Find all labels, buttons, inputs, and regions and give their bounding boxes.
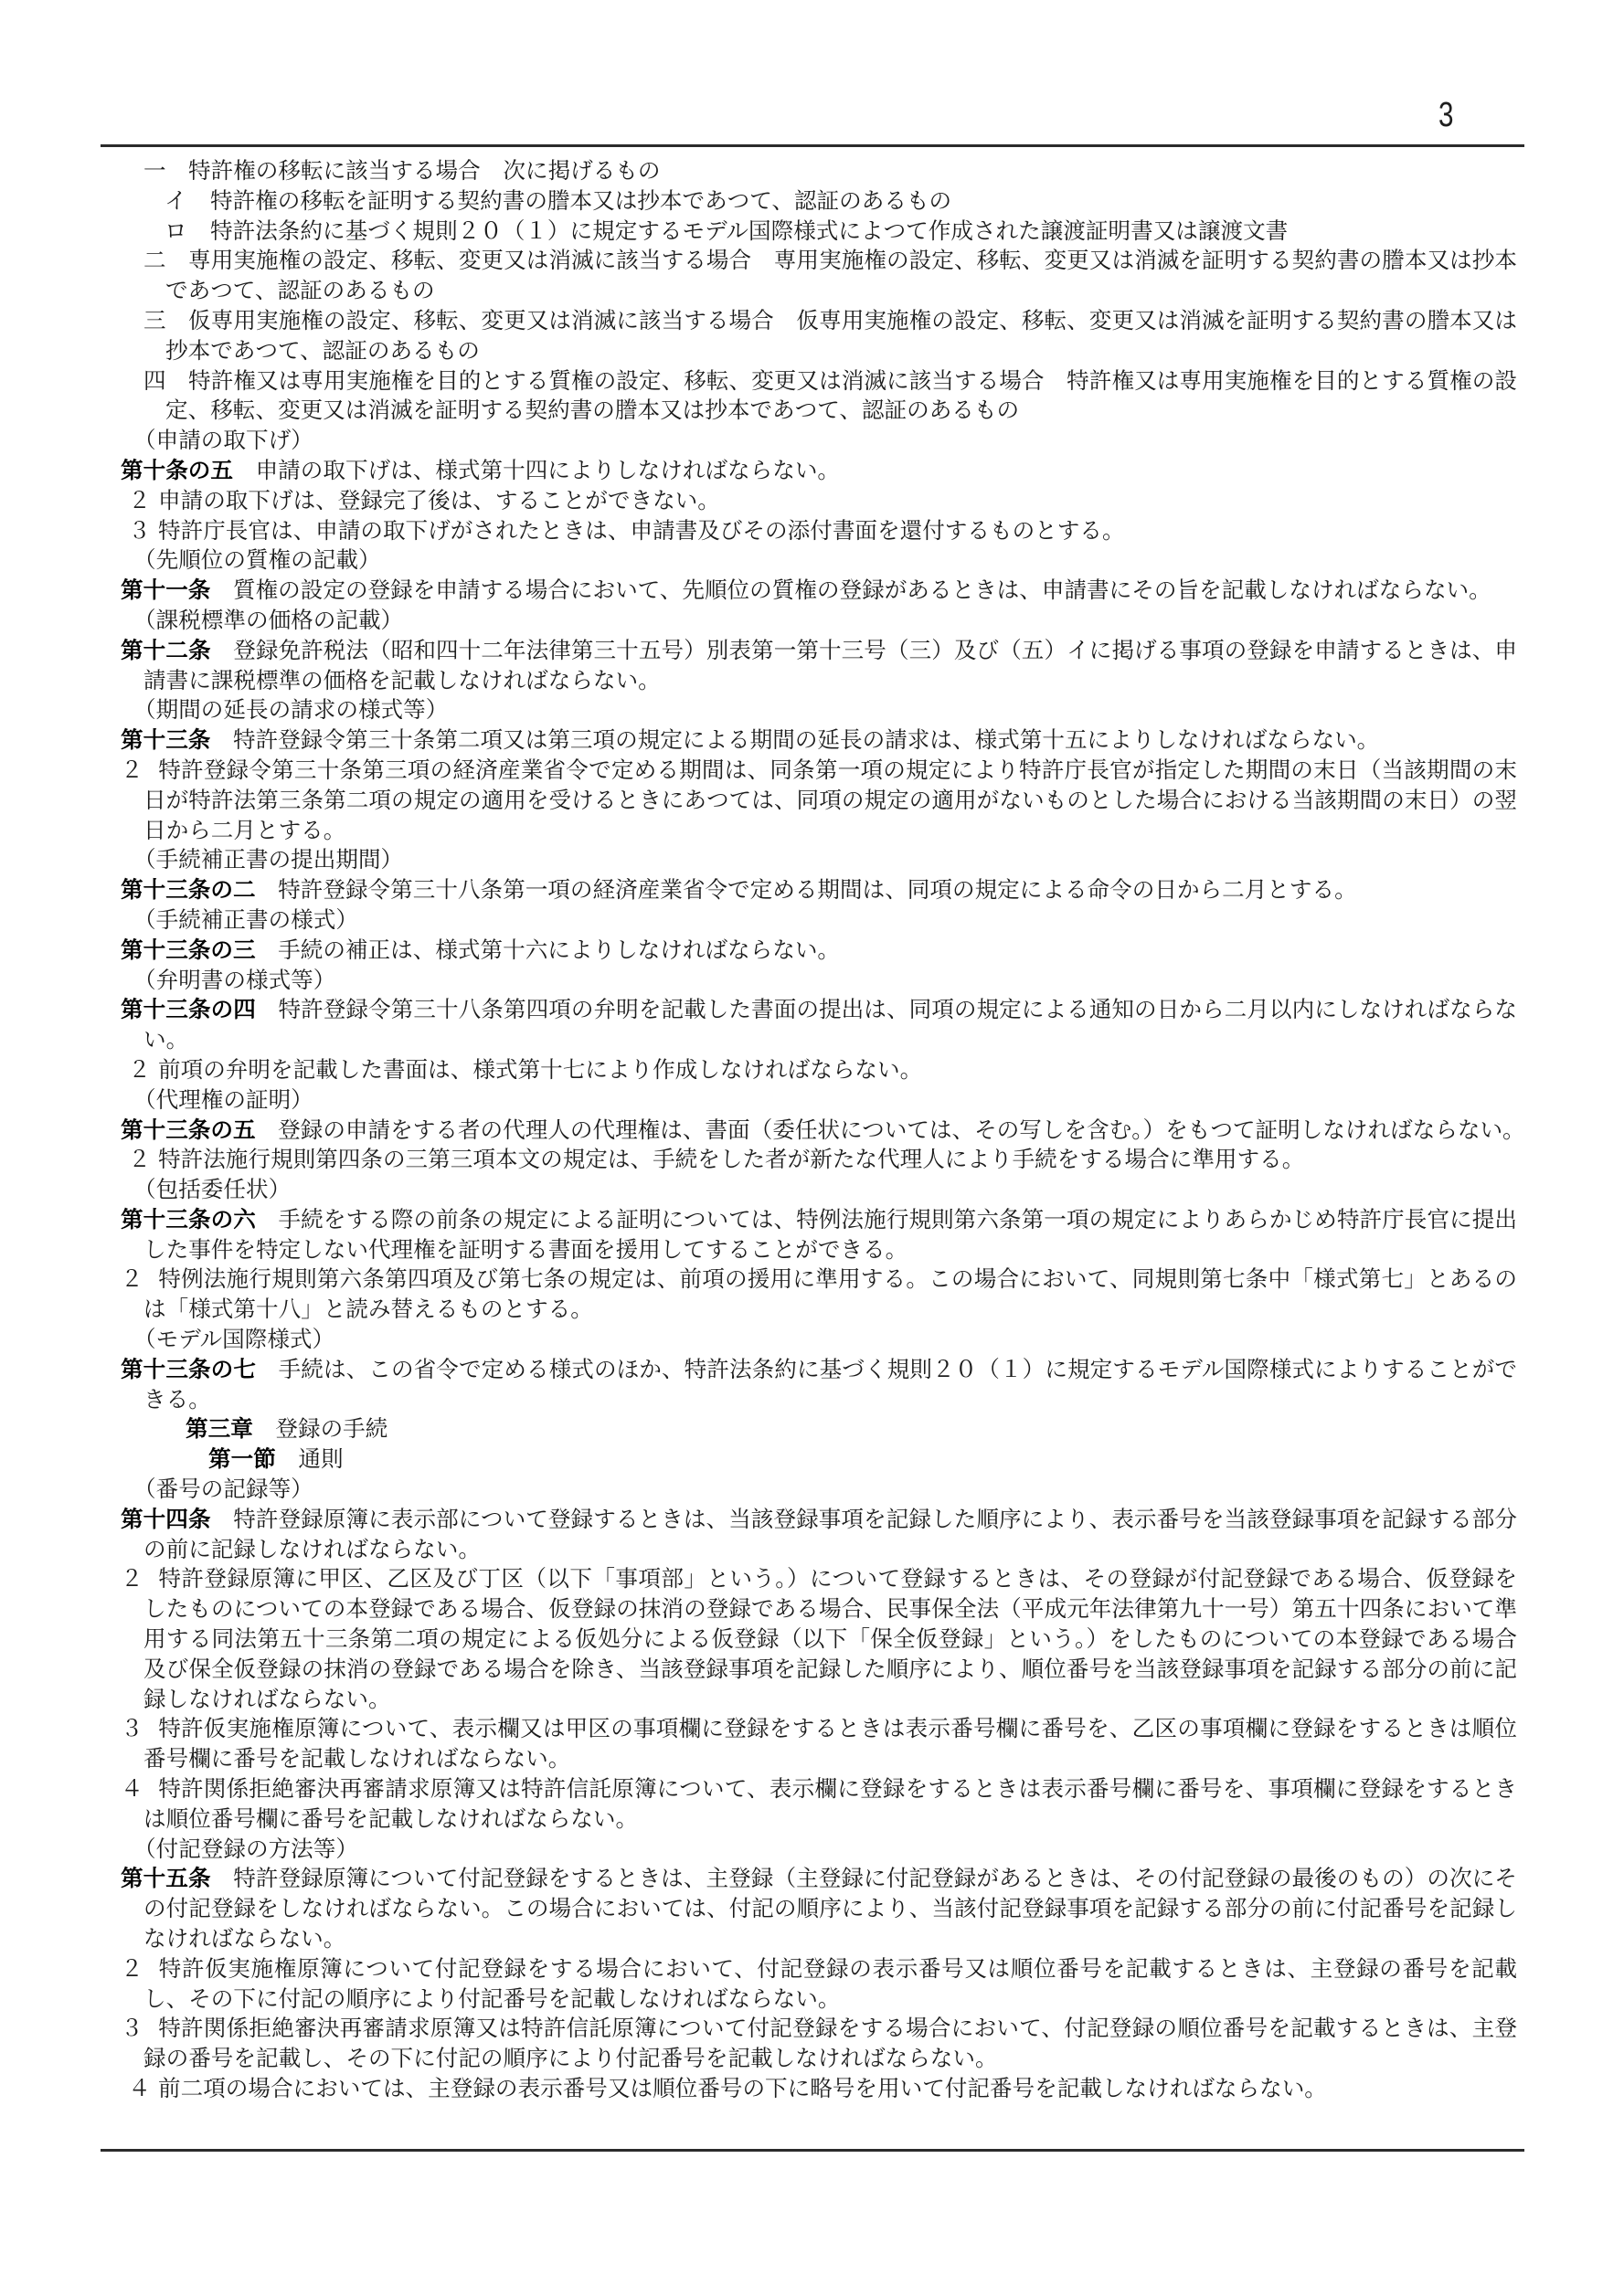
continuation-line: きる。 [0,1385,1517,1415]
article-caption: （手続補正書の提出期間） [0,845,1517,875]
item-number: 三 [143,306,188,336]
paragraph-number: ４ [121,1774,158,1804]
paragraph-text: 前二項の場合においては、主登録の表示番号又は順位番号の下に略号を用いて付記番号を… [158,2075,1327,2101]
article-number: 第十一条 [121,577,210,603]
paragraph-text: 特許関係拒絶審決再審請求原簿又は特許信託原簿について付記登録をする場合において、… [158,2015,1517,2041]
article-line: 第十条の五申請の取下げは、様式第十四によりしなければならない。 [0,456,1517,486]
item-continuation: 定、移転、変更又は消滅を証明する契約書の謄本又は抄本であつて、認証のあるもの [0,396,1517,426]
paragraph-line: ２特許登録令第三十条第三項の経済産業省令で定める期間は、同条第一項の規定により特… [0,756,1517,786]
article-line: 第十三条の七手続は、この省令で定める様式のほか、特許法条約に基づく規則２０（１）… [0,1355,1517,1385]
article-text: 特許登録原簿について付記登録をするときは、主登録（主登録に付記登録があるときは、… [233,1865,1517,1891]
item-line: 一特許権の移転に該当する場合 次に掲げるもの [0,156,1517,186]
subitem-line: イ特許権の移転を証明する契約書の謄本又は抄本であつて、認証のあるもの [0,186,1517,217]
continuation-line: 番号欄に番号を記載しなければならない。 [0,1744,1517,1774]
paragraph-line: ２特例法施行規則第六条第四項及び第七条の規定は、前項の援用に準用する。この場合に… [0,1264,1517,1295]
paragraph-line: ３特許庁長官は、申請の取下げがされたときは、申請書及びその添付書面を還付するもの… [0,516,1517,546]
header-rule [101,144,1524,147]
article-text: 申請の取下げは、様式第十四によりしなければならない。 [256,457,840,483]
article-caption: （先順位の質権の記載） [0,545,1517,576]
article-line: 第十三条の二特許登録令第三十八条第一項の経済産業省令で定める期間は、同項の規定に… [0,875,1517,905]
continuation-line: 請書に課税標準の価格を記載しなければならない。 [0,666,1517,696]
article-text: 手続をする際の前条の規定による証明については、特例法施行規則第六条第一項の規定に… [279,1206,1517,1233]
paragraph-line: ２特許法施行規則第四条の三第三項本文の規定は、手続をした者が新たな代理人により手… [0,1145,1517,1175]
paragraph-text: 申請の取下げは、登録完了後は、することができない。 [158,487,720,513]
footer-rule [101,2149,1524,2152]
paragraph-text: 特許関係拒絶審決再審請求原簿又は特許信託原簿について、表示欄に登録をするときは表… [158,1775,1517,1802]
section-number: 第一節 [208,1445,276,1472]
article-number: 第十三条の五 [121,1116,256,1143]
paragraph-text: 特許仮実施権原簿について付記登録をする場合において、付記登録の表示番号又は順位番… [158,1955,1517,1982]
article-number: 第十三条の三 [121,936,256,963]
paragraph-number: ２ [121,1055,158,1085]
item-number: 一 [143,156,188,186]
article-line: 第十三条特許登録令第三十条第二項又は第三項の規定による期間の延長の請求は、様式第… [0,725,1517,756]
article-caption: （モデル国際様式） [0,1325,1517,1355]
subitem-number: イ [165,186,210,217]
article-caption: （期間の延長の請求の様式等） [0,695,1517,725]
continuation-line: 用する同法第五十三条第二項の規定による仮処分による仮登録（以下「保全仮登録」とい… [0,1624,1517,1655]
article-caption: （代理権の証明） [0,1085,1517,1116]
paragraph-text: 特許登録令第三十条第三項の経済産業省令で定める期間は、同条第一項の規定により特許… [158,757,1517,783]
item-text: 特許権又は専用実施権を目的とする質権の設定、移転、変更又は消滅に該当する場合 特… [188,367,1517,394]
paragraph-number: ３ [121,516,158,546]
paragraph-line: ３特許仮実施権原簿について、表示欄又は甲区の事項欄に登録をするときは表示番号欄に… [0,1714,1517,1744]
paragraph-text: 前項の弁明を記載した書面は、様式第十七により作成しなければならない。 [158,1056,922,1083]
article-line: 第十二条登録免許税法（昭和四十二年法律第三十五号）別表第一第十三号（三）及び（五… [0,636,1517,666]
article-text: 特許登録令第三十八条第一項の経済産業省令で定める期間は、同項の規定による命令の日… [278,876,1357,903]
paragraph-text: 特許登録原簿に甲区、乙区及び丁区（以下「事項部」という。）について登録するときは… [158,1565,1517,1592]
continuation-line: の前に記録しなければならない。 [0,1535,1517,1565]
article-number: 第十条の五 [121,457,233,483]
item-text: 専用実施権の設定、移転、変更又は消滅に該当する場合 専用実施権の設定、移転、変更… [188,247,1517,273]
chapter-title: 登録の手続 [275,1415,387,1442]
article-text: 特許登録原簿に表示部について登録するときは、当該登録事項を記録した順序により、表… [233,1506,1517,1532]
subitem-text: 特許権の移転を証明する契約書の謄本又は抄本であつて、認証のあるもの [210,187,951,214]
continuation-line: 日から二月とする。 [0,816,1517,846]
article-line: 第十一条質権の設定の登録を申請する場合において、先順位の質権の登録があるときは、… [0,576,1517,606]
subitem-text: 特許法条約に基づく規則２０（１）に規定するモデル国際様式によつて作成された譲渡証… [210,217,1288,244]
article-text: 手続は、この省令で定める様式のほか、特許法条約に基づく規則２０（１）に規定するモ… [279,1356,1517,1382]
continuation-line: い。 [0,1025,1517,1055]
item-text: 特許権の移転に該当する場合 次に掲げるもの [188,157,660,184]
article-caption: （申請の取下げ） [0,426,1517,456]
chapter-number: 第三章 [186,1415,253,1442]
continuation-line: は「様式第十八」と読み替えるものとする。 [0,1295,1517,1325]
article-number: 第十三条の六 [121,1206,256,1233]
document-body: 一特許権の移転に該当する場合 次に掲げるもの イ特許権の移転を証明する契約書の謄… [0,156,1624,2104]
paragraph-number: ３ [121,2014,158,2044]
paragraph-line: ４特許関係拒絶審決再審請求原簿又は特許信託原簿について、表示欄に登録をするときは… [0,1774,1517,1804]
article-caption: （番号の記録等） [0,1475,1517,1505]
continuation-line: 及び保全仮登録の抹消の登録である場合を除き、当該登録事項を記録した順序により、順… [0,1655,1517,1685]
continuation-line: 録しなければならない。 [0,1685,1517,1715]
article-text: 手続の補正は、様式第十六によりしなければならない。 [278,936,840,963]
paragraph-line: ２申請の取下げは、登録完了後は、することができない。 [0,486,1517,516]
article-caption: （付記登録の方法等） [0,1835,1517,1865]
continuation-line: し、その下に付記の順序により付記番号を記載しなければならない。 [0,1984,1517,2015]
article-number: 第十四条 [121,1506,211,1532]
paragraph-text: 特許庁長官は、申請の取下げがされたときは、申請書及びその添付書面を還付するものと… [158,517,1125,544]
page-number: 3 [1438,95,1453,135]
item-number: 二 [143,246,188,276]
paragraph-number: ２ [121,1264,158,1295]
subitem-line: ロ特許法条約に基づく規則２０（１）に規定するモデル国際様式によつて作成された譲渡… [0,217,1517,247]
article-caption: （手続補正書の様式） [0,905,1517,936]
article-line: 第十三条の四特許登録令第三十八条第四項の弁明を記載した書面の提出は、同項の規定に… [0,995,1517,1025]
article-caption: （弁明書の様式等） [0,966,1517,996]
article-number: 第十五条 [121,1865,211,1891]
paragraph-number: ２ [121,1564,158,1594]
continuation-line: 日が特許法第三条第二項の規定の適用を受けるときにあつては、同項の規定の適用がない… [0,786,1517,816]
chapter-heading: 第三章登録の手続 [0,1414,1517,1444]
article-text: 登録免許税法（昭和四十二年法律第三十五号）別表第一第十三号（三）及び（五）イに掲… [233,637,1517,663]
article-number: 第十二条 [121,637,211,663]
paragraph-number: ３ [121,1714,158,1744]
article-text: 特許登録令第三十八条第四項の弁明を記載した書面の提出は、同項の規定による通知の日… [278,996,1517,1022]
paragraph-text: 特許仮実施権原簿について、表示欄又は甲区の事項欄に登録をするときは表示番号欄に番… [158,1715,1517,1741]
article-text: 登録の申請をする者の代理人の代理権は、書面（委任状については、その写しを含む。）… [278,1116,1524,1143]
paragraph-line: ２特許登録原簿に甲区、乙区及び丁区（以下「事項部」という。）について登録するとき… [0,1564,1517,1594]
paragraph-line: ３特許関係拒絶審決再審請求原簿又は特許信託原簿について付記登録をする場合において… [0,2014,1517,2044]
paragraph-line: ２前項の弁明を記載した書面は、様式第十七により作成しなければならない。 [0,1055,1517,1085]
article-caption: （課税標準の価格の記載） [0,606,1517,636]
paragraph-text: 特許法施行規則第四条の三第三項本文の規定は、手続をした者が新たな代理人により手続… [158,1146,1304,1172]
continuation-line: は順位番号欄に番号を記載しなければならない。 [0,1804,1517,1835]
continuation-line: 録の番号を記載し、その下に付記の順序により付記番号を記載しなければならない。 [0,2044,1517,2074]
paragraph-number: ２ [121,486,158,516]
item-continuation: 抄本であつて、認証のあるもの [0,336,1517,366]
section-title: 通則 [298,1445,343,1472]
continuation-line: なければならない。 [0,1924,1517,1954]
item-line: 二専用実施権の設定、移転、変更又は消滅に該当する場合 専用実施権の設定、移転、変… [0,246,1517,276]
item-number: 四 [143,366,188,397]
item-line: 四特許権又は専用実施権を目的とする質権の設定、移転、変更又は消滅に該当する場合 … [0,366,1517,397]
item-continuation: であつて、認証のあるもの [0,276,1517,306]
continuation-line: したものについての本登録である場合、仮登録の抹消の登録である場合、民事保全法（平… [0,1594,1517,1624]
paragraph-line: ４前二項の場合においては、主登録の表示番号又は順位番号の下に略号を用いて付記番号… [0,2074,1517,2104]
article-line: 第十四条特許登録原簿に表示部について登録するときは、当該登録事項を記録した順序に… [0,1505,1517,1535]
article-line: 第十三条の五登録の申請をする者の代理人の代理権は、書面（委任状については、その写… [0,1116,1517,1146]
continuation-line: した事件を特定しない代理権を証明する書面を援用してすることができる。 [0,1235,1517,1265]
paragraph-line: ２特許仮実施権原簿について付記登録をする場合において、付記登録の表示番号又は順位… [0,1954,1517,1984]
paragraph-text: 特例法施行規則第六条第四項及び第七条の規定は、前項の援用に準用する。この場合にお… [158,1265,1517,1292]
paragraph-number: ２ [121,1954,158,1984]
article-line: 第十三条の六手続をする際の前条の規定による証明については、特例法施行規則第六条第… [0,1205,1517,1235]
item-text: 仮専用実施権の設定、移転、変更又は消滅に該当する場合 仮専用実施権の設定、移転、… [188,307,1517,333]
subitem-number: ロ [165,217,210,247]
paragraph-number: ２ [121,1145,158,1175]
article-number: 第十三条の二 [121,876,256,903]
article-number: 第十三条 [121,726,210,753]
article-line: 第十三条の三手続の補正は、様式第十六によりしなければならない。 [0,936,1517,966]
item-line: 三仮専用実施権の設定、移転、変更又は消滅に該当する場合 仮専用実施権の設定、移転… [0,306,1517,336]
article-number: 第十三条の四 [121,996,256,1022]
section-heading: 第一節通則 [0,1444,1517,1475]
paragraph-number: ２ [121,756,158,786]
article-number: 第十三条の七 [121,1356,256,1382]
article-text: 質権の設定の登録を申請する場合において、先順位の質権の登録があるときは、申請書に… [233,577,1491,603]
paragraph-number: ４ [121,2074,158,2104]
article-text: 特許登録令第三十条第二項又は第三項の規定による期間の延長の請求は、様式第十五によ… [233,726,1379,753]
article-caption: （包括委任状） [0,1175,1517,1205]
article-line: 第十五条特許登録原簿について付記登録をするときは、主登録（主登録に付記登録がある… [0,1864,1517,1894]
continuation-line: の付記登録をしなければならない。この場合においては、付記の順序により、当該付記登… [0,1894,1517,1924]
